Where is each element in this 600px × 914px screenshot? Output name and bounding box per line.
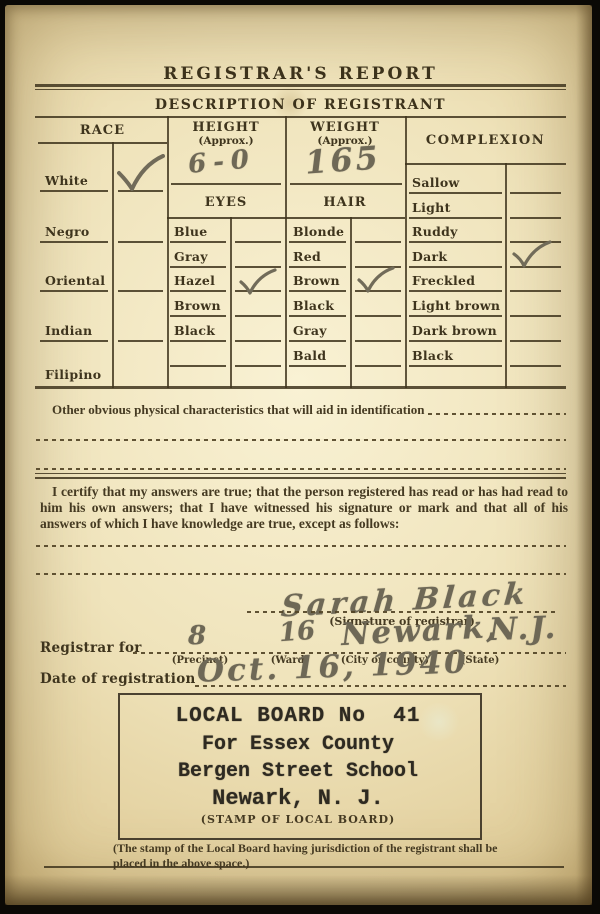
title-rule-thick [35, 84, 566, 87]
complexion-label: Light brown [412, 298, 500, 313]
height-value-handwritten: 6-0 [187, 144, 257, 180]
row-line [355, 340, 401, 342]
stamp-caption: (STAMP OF LOCAL BOARD) [118, 813, 478, 826]
eye-color-label: Gray [174, 249, 208, 264]
eye-color-label: Blue [174, 224, 208, 239]
race-label: White [45, 173, 88, 188]
complexion-check-divider [505, 163, 507, 388]
row-line [510, 290, 561, 292]
row-line [510, 217, 561, 219]
row-line [510, 315, 561, 317]
row-line [409, 266, 502, 268]
complexion-label: Dark brown [412, 323, 497, 338]
eyes-check-divider [230, 217, 232, 388]
hair-color-label: Black [293, 298, 334, 313]
row-line [409, 217, 502, 219]
title-rule-thin [35, 89, 566, 90]
row-line [170, 241, 226, 243]
eye-color-label: Hazel [174, 273, 215, 288]
stamp-line-city: Newark, N. J. [118, 786, 478, 811]
fill-in-line [36, 439, 566, 441]
page-title: REGISTRAR'S REPORT [35, 64, 566, 84]
row-line [40, 241, 108, 243]
complexion-label: Sallow [412, 175, 460, 190]
weight-header: WEIGHT [285, 120, 405, 135]
row-line [409, 340, 502, 342]
row-line [170, 266, 226, 268]
scanned-document: REGISTRAR'S REPORT DESCRIPTION OF REGIST… [0, 0, 600, 914]
race-white-checkmark-icon [113, 151, 169, 195]
row-line [235, 365, 281, 367]
row-line [40, 290, 108, 292]
row-line [235, 315, 281, 317]
eyes-header-underline [167, 217, 285, 219]
section-title: DESCRIPTION OF REGISTRANT [35, 97, 566, 113]
race-label: Negro [45, 224, 90, 239]
state-value-handwritten: N.J. [488, 610, 557, 648]
weight-value-underline [290, 183, 402, 185]
row-line [510, 340, 561, 342]
race-label: Oriental [45, 273, 105, 288]
row-line [40, 190, 108, 192]
hair-color-label: Red [293, 249, 321, 264]
complexion-label: Freckled [412, 273, 475, 288]
registrar-for-label: Registrar for [40, 640, 142, 656]
hair-color-label: Brown [293, 273, 340, 288]
row-line [289, 241, 346, 243]
row-line [409, 192, 502, 194]
race-header: RACE [38, 123, 167, 138]
date-of-registration-label: Date of registration [40, 671, 196, 687]
certification-text: I certify that my answers are true; that… [40, 484, 568, 532]
eyes-hazel-checkmark-icon [237, 267, 279, 297]
complexion-dark-checkmark-icon [510, 239, 554, 269]
row-line [289, 365, 346, 367]
column-line [285, 116, 287, 388]
row-line [289, 290, 346, 292]
hair-color-label: Blonde [293, 224, 344, 239]
row-line [409, 241, 502, 243]
row-line [510, 365, 561, 367]
ward-value-handwritten: 16 [278, 616, 316, 648]
row-line [355, 365, 401, 367]
race-label: Indian [45, 323, 92, 338]
hair-brown-checkmark-icon [355, 265, 397, 295]
eye-color-label: Black [174, 323, 215, 338]
other-characteristics-label: Other obvious physical characteristics t… [52, 402, 424, 418]
row-line [355, 315, 401, 317]
row-line [409, 315, 502, 317]
bottom-rule [44, 866, 564, 868]
row-line [118, 241, 163, 243]
fill-in-line [36, 468, 566, 470]
complexion-label: Ruddy [412, 224, 458, 239]
column-line [405, 116, 407, 388]
complexion-label: Light [412, 200, 451, 215]
hair-check-divider [350, 217, 352, 388]
height-value-underline [171, 183, 281, 185]
row-line [289, 340, 346, 342]
row-line [118, 340, 163, 342]
weight-value-handwritten: 165 [304, 138, 382, 181]
row-line [170, 365, 226, 367]
complexion-label: Dark [412, 249, 447, 264]
complexion-header-underline [405, 163, 566, 165]
complexion-header: COMPLEXION [405, 133, 566, 148]
section-divider-thin [35, 473, 566, 474]
registrar-report-card: REGISTRAR'S REPORT DESCRIPTION OF REGIST… [5, 5, 592, 905]
race-header-underline [38, 142, 167, 144]
hair-header-underline [285, 217, 405, 219]
table-top-line [35, 116, 566, 118]
height-header: HEIGHT [167, 120, 285, 135]
table-bottom-line [35, 386, 566, 389]
row-line [289, 266, 346, 268]
right-edge-shadow [576, 5, 592, 905]
hair-color-label: Bald [293, 348, 326, 363]
stamp-line-board-number: LOCAL BOARD No 41 [118, 705, 478, 728]
row-line [170, 290, 226, 292]
row-line [235, 241, 281, 243]
complexion-label: Black [412, 348, 453, 363]
row-line [40, 340, 108, 342]
section-divider-thick [35, 477, 566, 479]
row-line [409, 365, 502, 367]
fill-in-line [36, 545, 566, 547]
other-characteristics-row: Other obvious physical characteristics t… [52, 402, 566, 418]
row-line [510, 192, 561, 194]
race-label: Filipino [45, 367, 101, 382]
row-line [289, 315, 346, 317]
row-line [355, 241, 401, 243]
hair-header: HAIR [285, 195, 405, 210]
row-line [118, 290, 163, 292]
precinct-value-handwritten: 8 [188, 621, 206, 651]
height-approx-label: (Approx.) [167, 135, 285, 147]
row-line [235, 340, 281, 342]
eye-color-label: Brown [174, 298, 221, 313]
fill-in-line [36, 573, 566, 575]
row-line [170, 340, 226, 342]
row-line [170, 315, 226, 317]
hair-color-label: Gray [293, 323, 327, 338]
stamp-line-school: Bergen Street School [118, 760, 478, 783]
eyes-header: EYES [167, 195, 285, 210]
bottom-edge-shadow [5, 875, 592, 905]
stamp-line-county: For Essex County [118, 733, 478, 756]
date-line [195, 685, 566, 687]
row-line [409, 290, 502, 292]
fill-in-line [428, 413, 566, 415]
